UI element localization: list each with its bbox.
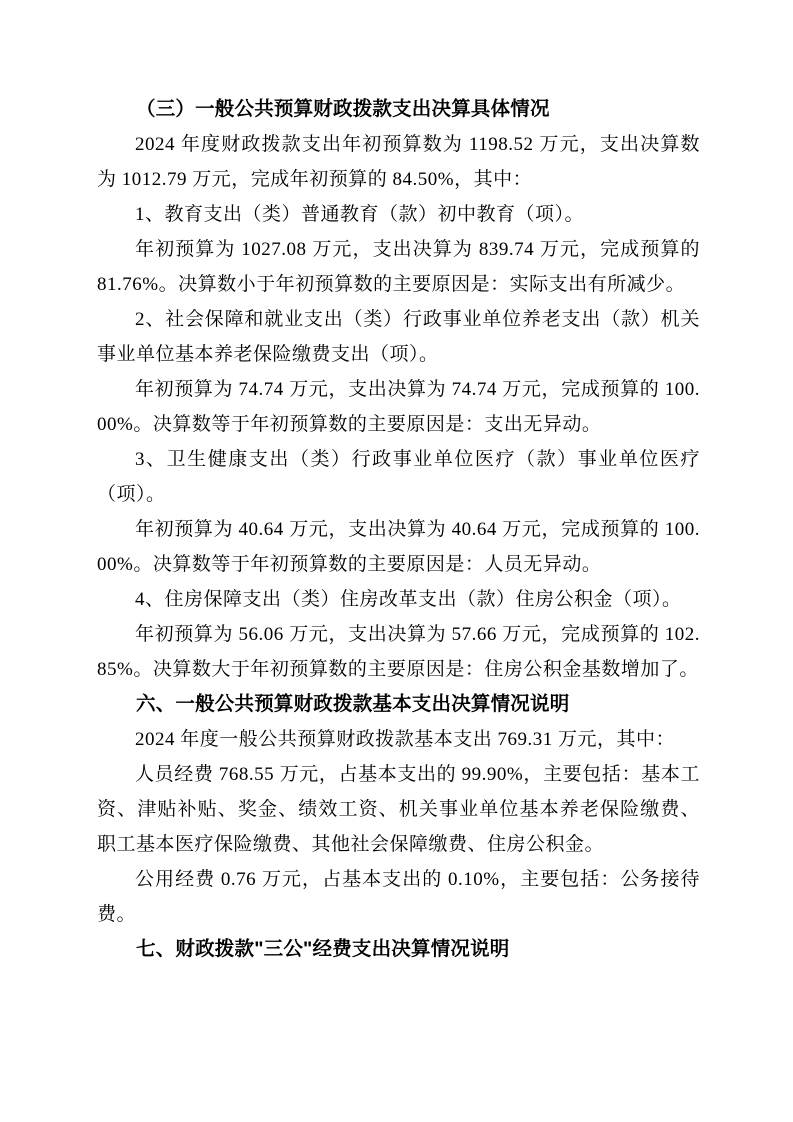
paragraph: 公用经费 0.76 万元，占基本支出的 0.10%，主要包括：公务接待费。: [97, 862, 700, 932]
paragraph: 2024 年度财政拨款支出年初预算数为 1198.52 万元，支出决算数为 10…: [97, 127, 700, 197]
paragraph: 1、教育支出（类）普通教育（款）初中教育（项）。: [97, 197, 700, 232]
paragraph: 2、社会保障和就业支出（类）行政事业单位养老支出（款）机关事业单位基本养老保险缴…: [97, 302, 700, 372]
document-body: （三）一般公共预算财政拨款支出决算具体情况 2024 年度财政拨款支出年初预算数…: [97, 92, 700, 967]
section-heading-3: （三）一般公共预算财政拨款支出决算具体情况: [97, 92, 700, 127]
document-page: （三）一般公共预算财政拨款支出决算具体情况 2024 年度财政拨款支出年初预算数…: [0, 0, 793, 1122]
paragraph: 年初预算为 40.64 万元，支出决算为 40.64 万元，完成预算的 100.…: [97, 512, 700, 582]
paragraph: 年初预算为 1027.08 万元，支出决算为 839.74 万元，完成预算的 8…: [97, 232, 700, 302]
paragraph: 3、卫生健康支出（类）行政事业单位医疗（款）事业单位医疗（项）。: [97, 442, 700, 512]
paragraph: 4、住房保障支出（类）住房改革支出（款）住房公积金（项）。: [97, 582, 700, 617]
section-heading-7: 七、财政拨款"三公"经费支出决算情况说明: [97, 932, 700, 967]
section-heading-6: 六、一般公共预算财政拨款基本支出决算情况说明: [97, 687, 700, 722]
paragraph: 人员经费 768.55 万元，占基本支出的 99.90%，主要包括：基本工资、津…: [97, 757, 700, 862]
paragraph: 年初预算为 74.74 万元，支出决算为 74.74 万元，完成预算的 100.…: [97, 372, 700, 442]
paragraph: 年初预算为 56.06 万元，支出决算为 57.66 万元，完成预算的 102.…: [97, 617, 700, 687]
paragraph: 2024 年度一般公共预算财政拨款基本支出 769.31 万元，其中：: [97, 722, 700, 757]
